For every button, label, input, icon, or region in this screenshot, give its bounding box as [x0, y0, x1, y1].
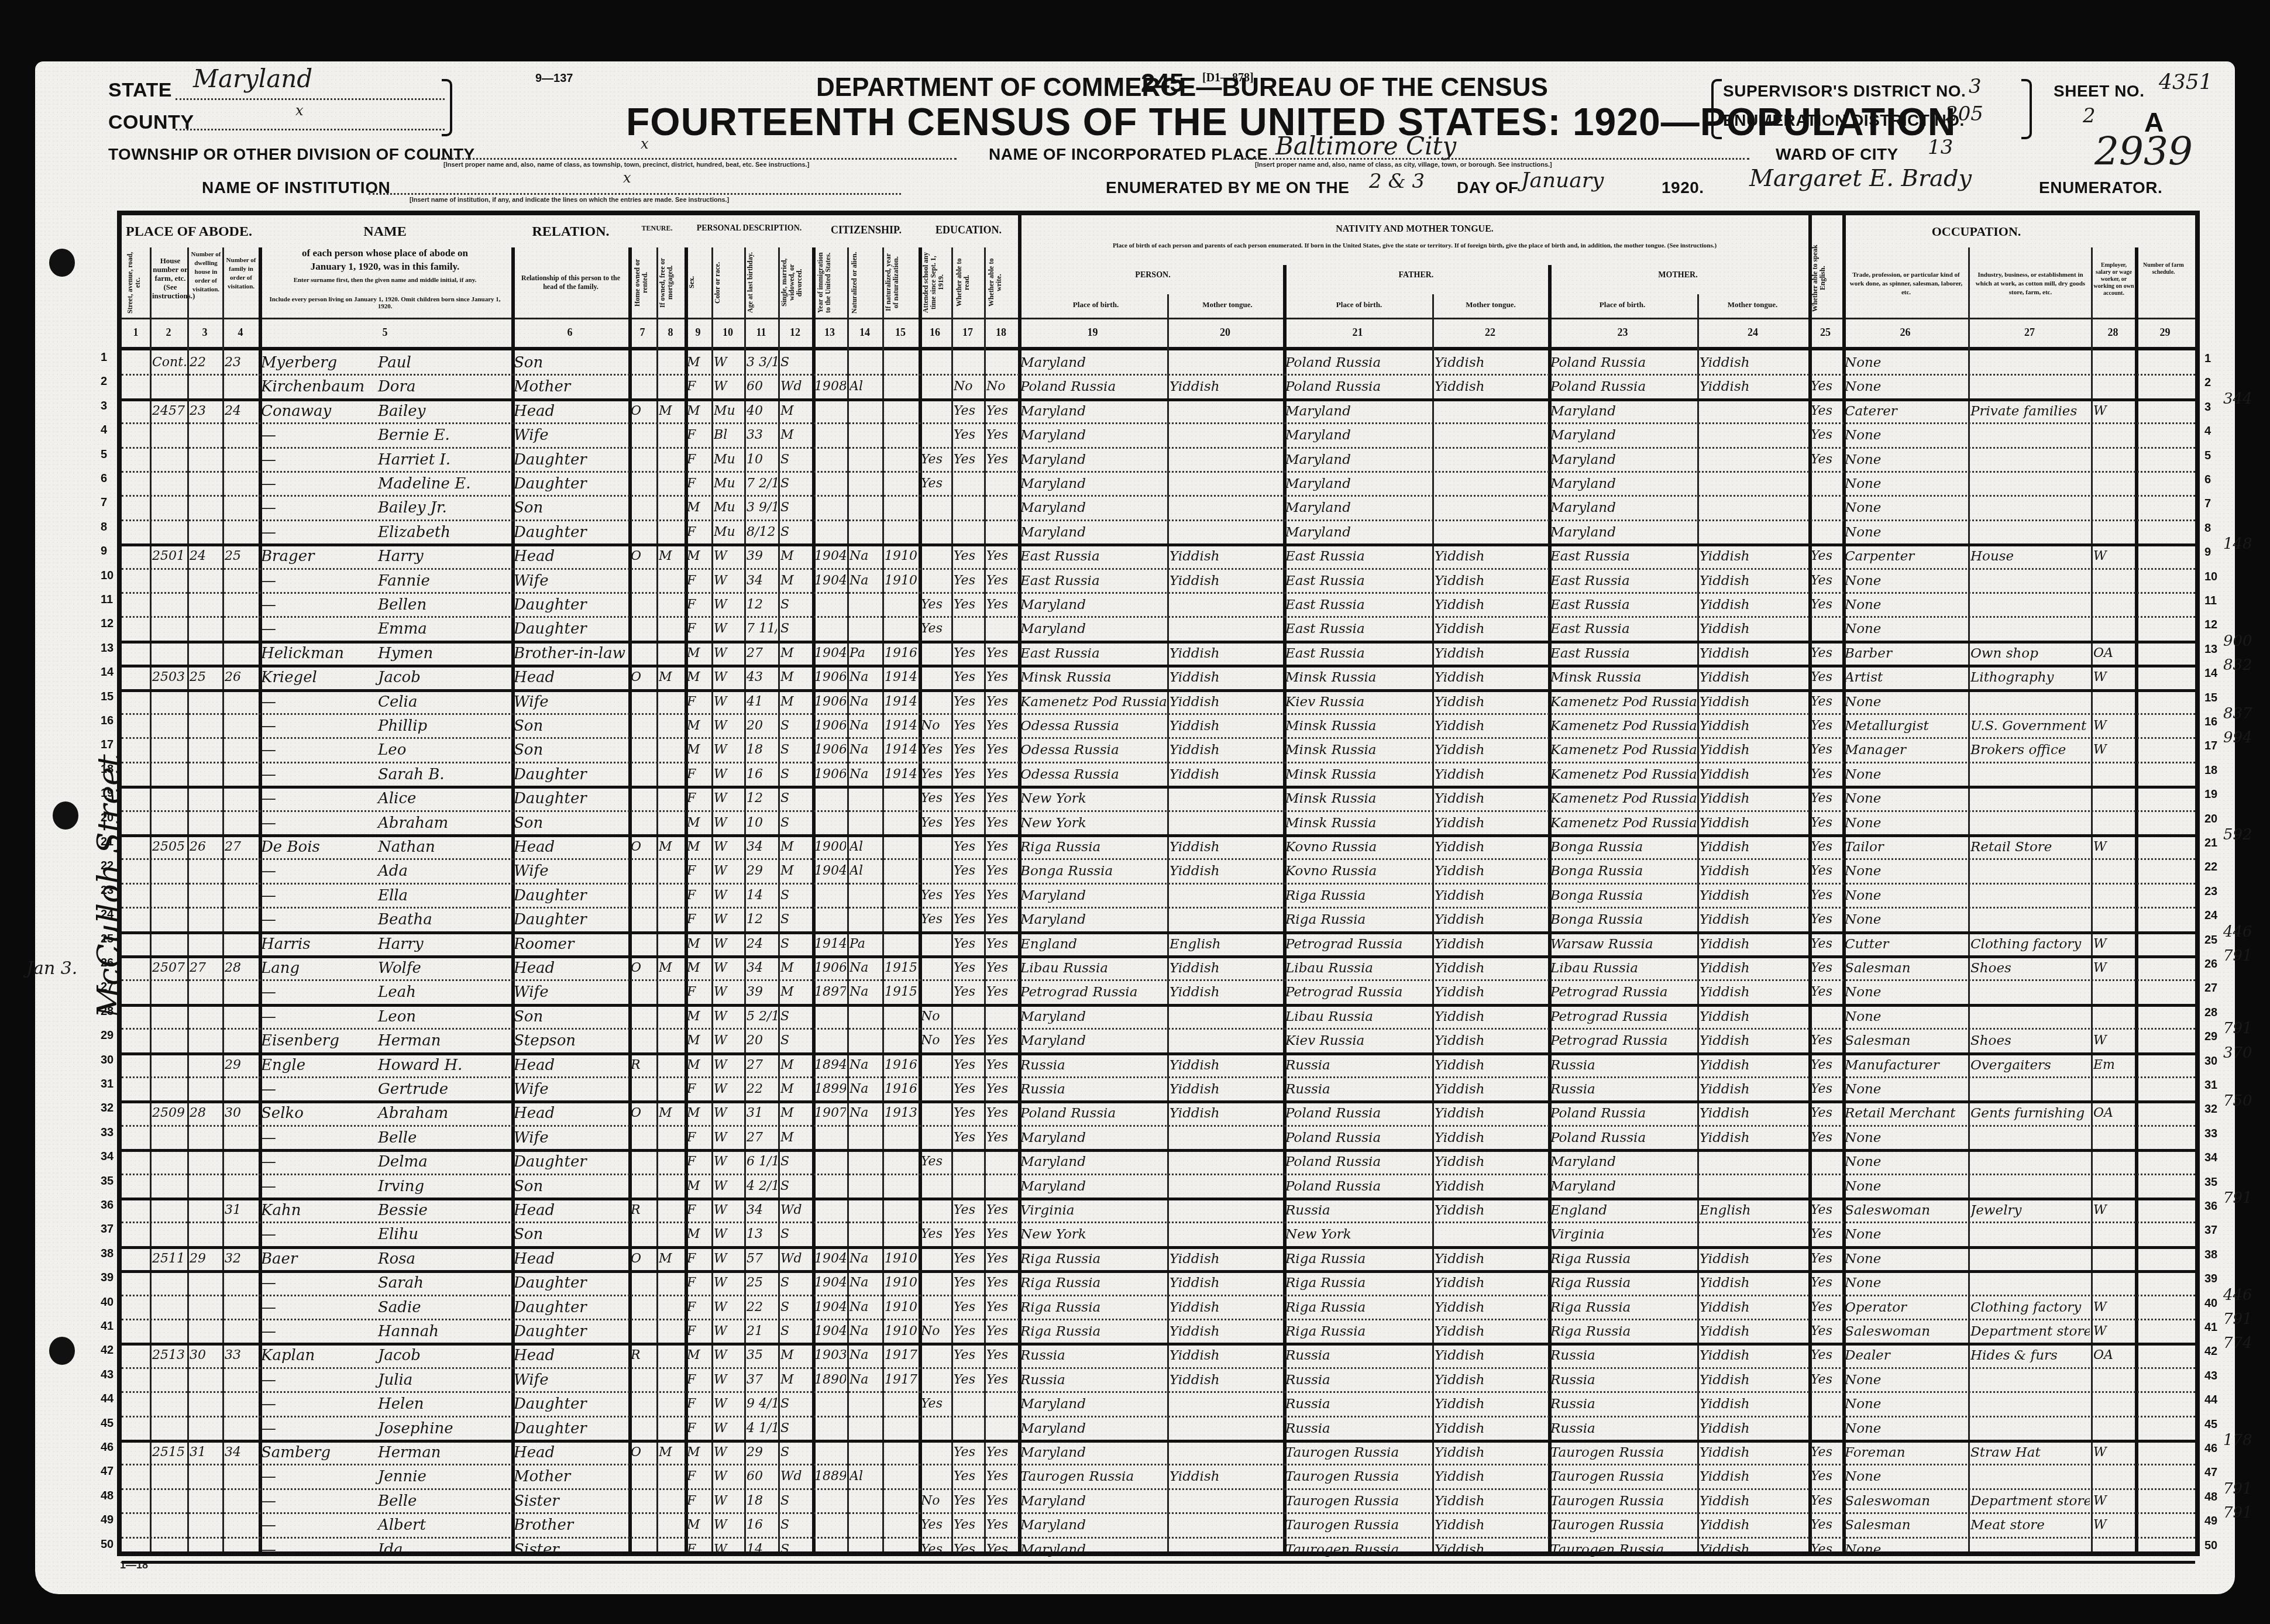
dw-cell: [190, 472, 221, 494]
fam-cell: 32: [225, 1247, 257, 1269]
sex-cell: M: [687, 1102, 710, 1124]
incorporated-value: Baltimore City: [1275, 132, 1456, 160]
line-number-right: 26: [2204, 958, 2217, 971]
dw-cell: 30: [190, 1344, 221, 1366]
occ-cell: Salesman: [1845, 1029, 1967, 1051]
mmt-cell: Yiddish: [1700, 1078, 1807, 1100]
farm-cell: [2137, 884, 2194, 906]
cls-cell: [2093, 1271, 2134, 1293]
wr-cell: Yes: [986, 1029, 1017, 1051]
mpob-cell: Russia: [1550, 1368, 1696, 1391]
fmt-cell: Yiddish: [1435, 375, 1547, 397]
natyr-cell: [885, 811, 917, 834]
natyr-cell: 1910: [885, 1296, 917, 1318]
ind-cell: [1970, 859, 2090, 882]
mt-cell: Yiddish: [1170, 956, 1282, 979]
line-number-right: 28: [2204, 1006, 2217, 1020]
fmt-cell: [1435, 521, 1547, 543]
fpob-cell: Maryland: [1285, 424, 1431, 446]
form-number: 9—137: [535, 72, 573, 85]
mpob-cell: Poland Russia: [1550, 1102, 1696, 1124]
own-cell: O: [631, 545, 655, 567]
col25-header: Whether able to speak English.: [1811, 242, 1841, 315]
rd-cell: Yes: [954, 1199, 983, 1221]
fmt-cell: Yiddish: [1435, 1102, 1547, 1124]
own-cell: [631, 1392, 655, 1415]
ms-cell: Wd: [780, 1465, 811, 1487]
line-number-left: 1: [101, 351, 107, 364]
rd-cell: Yes: [954, 690, 983, 713]
mt-cell: [1170, 1441, 1282, 1463]
column-number: 23: [1548, 326, 1697, 339]
ms-cell: S: [780, 593, 811, 615]
mt-cell: [1170, 1513, 1282, 1536]
dw-cell: 27: [190, 956, 221, 979]
sch-cell: Yes: [921, 448, 950, 470]
fpob-cell: Kovno Russia: [1285, 859, 1431, 882]
imm-cell: [814, 472, 846, 494]
mort-cell: [659, 1078, 683, 1100]
pob-cell: Maryland: [1020, 908, 1166, 930]
mt-cell: Yiddish: [1170, 545, 1282, 567]
farm-cell: [2137, 1005, 2194, 1027]
farm-cell: [2137, 811, 2194, 834]
line-number-right: 14: [2204, 667, 2217, 680]
mpob-cell: Maryland: [1550, 1175, 1696, 1197]
column-number: 18: [984, 326, 1018, 339]
line-number-right: 40: [2204, 1297, 2217, 1310]
given-name: Celia: [378, 693, 417, 711]
pob-cell: Maryland: [1020, 521, 1166, 543]
line-number-left: 2: [101, 375, 107, 388]
table-row: —Bernie E.WifeFBl33MYesYesMarylandMaryla…: [122, 422, 2195, 448]
ind-cell: [1970, 1465, 2090, 1487]
cls-cell: W: [2093, 714, 2134, 737]
occ-cell: None: [1845, 1150, 1967, 1172]
eng-cell: Yes: [1811, 1320, 1841, 1342]
name-cell: KirchenbaumDora: [261, 375, 510, 397]
nat-cell: Na: [849, 666, 881, 688]
table-row: —BelleSisterFW18SNoYesYesMarylandTauroge…: [122, 1488, 2195, 1514]
imm-cell: [814, 787, 846, 809]
fpob-cell: Poland Russia: [1285, 375, 1431, 397]
fmt-cell: Yiddish: [1435, 617, 1547, 639]
imm-cell: [814, 1029, 846, 1051]
own-cell: [631, 521, 655, 543]
line-number-right: 8: [2204, 522, 2211, 535]
wr-cell: Yes: [986, 1078, 1017, 1100]
rel-cell: Daughter: [514, 1320, 627, 1342]
fam-cell: [225, 1320, 257, 1342]
column-number: 20: [1167, 326, 1283, 339]
rd-cell: Yes: [954, 1247, 983, 1269]
fpob-cell: Riga Russia: [1285, 884, 1431, 906]
name-cell: —Belle: [261, 1126, 510, 1148]
wr-cell: Yes: [986, 690, 1017, 713]
sex-cell: F: [687, 424, 710, 446]
mort-cell: [659, 642, 683, 664]
occ-cell: None: [1845, 496, 1967, 518]
pob-cell: Maryland: [1020, 448, 1166, 470]
imm-cell: 1907: [814, 1102, 846, 1124]
fpob-cell: Russia: [1285, 1417, 1431, 1439]
mt-cell: [1170, 1392, 1282, 1415]
occ-cell: None: [1845, 1392, 1967, 1415]
eng-cell: Yes: [1811, 1344, 1841, 1366]
wr-cell: Yes: [986, 1538, 1017, 1560]
mt-cell: [1170, 351, 1282, 373]
imm-cell: 1906: [814, 690, 846, 713]
sheet-stamp: 4351: [2159, 70, 2213, 94]
surname: Kaplan: [261, 1344, 378, 1366]
state-value: Maryland: [193, 64, 312, 93]
rel-cell: Head: [514, 956, 627, 979]
nat-cell: Na: [849, 690, 881, 713]
mt-cell: [1170, 617, 1282, 639]
pob-cell: Maryland: [1020, 496, 1166, 518]
occ-cell: None: [1845, 908, 1967, 930]
col5-line3: Enter surname first, then the given name…: [268, 277, 502, 284]
wr-cell: Yes: [986, 1296, 1017, 1318]
given-name: Delma: [378, 1153, 428, 1171]
ind-cell: [1970, 351, 2090, 373]
ms-cell: S: [780, 811, 811, 834]
ind-cell: [1970, 1150, 2090, 1172]
eng-cell: Yes: [1811, 1465, 1841, 1487]
occ-cell: Salesman: [1845, 956, 1967, 979]
mpob-cell: Virginia: [1550, 1223, 1696, 1245]
fpob-cell: Taurogen Russia: [1285, 1465, 1431, 1487]
eng-cell: Yes: [1811, 1126, 1841, 1148]
mt-cell: [1170, 1150, 1282, 1172]
rel-cell: Head: [514, 666, 627, 688]
sex-cell: F: [687, 1417, 710, 1439]
fpob-cell: Russia: [1285, 1054, 1431, 1076]
cls-cell: W: [2093, 1029, 2134, 1051]
own-cell: [631, 1078, 655, 1100]
cls-cell: W: [2093, 1296, 2134, 1318]
fam-cell: [225, 1296, 257, 1318]
rel-cell: Daughter: [514, 787, 627, 809]
occ-cell: None: [1845, 593, 1967, 615]
dw-cell: [190, 1029, 221, 1051]
group-occupation: OCCUPATION.: [1848, 224, 2105, 239]
ind-cell: Jewelry: [1970, 1199, 2090, 1221]
ms-cell: S: [780, 1320, 811, 1342]
fmt-cell: Yiddish: [1435, 569, 1547, 591]
ind-cell: [1970, 424, 2090, 446]
nativity-note: Place of birth of each person and parent…: [1029, 242, 1801, 250]
sex-cell: M: [687, 714, 710, 737]
column-number: 11: [744, 326, 778, 339]
rd-cell: [954, 351, 983, 373]
sch-cell: [921, 521, 950, 543]
wr-cell: Yes: [986, 787, 1017, 809]
pob-cell: East Russia: [1020, 642, 1166, 664]
surname: Helickman: [261, 642, 378, 664]
pob-cell: Riga Russia: [1020, 1320, 1166, 1342]
house-cell: 2457: [152, 400, 186, 422]
age-cell: 12: [747, 787, 777, 809]
race-cell: Mu: [714, 448, 743, 470]
eng-cell: Yes: [1811, 1102, 1841, 1124]
fam-cell: [225, 1465, 257, 1487]
own-cell: [631, 980, 655, 1003]
pob-cell: Maryland: [1020, 1005, 1166, 1027]
line-number-right: 29: [2204, 1030, 2217, 1044]
own-cell: O: [631, 666, 655, 688]
own-cell: [631, 1320, 655, 1342]
pob-cell: Maryland: [1020, 1538, 1166, 1560]
mort-cell: [659, 1029, 683, 1051]
cls-cell: W: [2093, 545, 2134, 567]
fpob-cell: Poland Russia: [1285, 1102, 1431, 1124]
occ-cell: Retail Merchant: [1845, 1102, 1967, 1124]
surname: Baer: [261, 1247, 378, 1269]
rel-cell: Daughter: [514, 617, 627, 639]
race-cell: W: [714, 1247, 743, 1269]
name-cell: —Belle: [261, 1489, 510, 1512]
line-number-left: 24: [101, 908, 113, 921]
rd-cell: Yes: [954, 1054, 983, 1076]
natyr-cell: [885, 1465, 917, 1487]
fmt-cell: Yiddish: [1435, 956, 1547, 979]
occ-cell: Manufacturer: [1845, 1054, 1967, 1076]
house-cell: 2511: [152, 1247, 186, 1269]
age-cell: 5 2/12: [747, 1005, 777, 1027]
father-mt-header: Mother tongue.: [1435, 300, 1546, 309]
line-number-left: 41: [101, 1320, 113, 1333]
line-number-left: 13: [101, 642, 113, 655]
name-cell: —Hannah: [261, 1320, 510, 1342]
natyr-cell: [885, 1223, 917, 1245]
fmt-cell: Yiddish: [1435, 884, 1547, 906]
mmt-cell: [1700, 472, 1807, 494]
line-number-right: 1: [2204, 352, 2211, 366]
fam-cell: 28: [225, 956, 257, 979]
dw-cell: [190, 1271, 221, 1293]
occupation-code: 791: [2223, 1189, 2252, 1207]
rel-cell: Daughter: [514, 472, 627, 494]
rd-cell: Yes: [954, 1538, 983, 1560]
mpob-cell: Taurogen Russia: [1550, 1465, 1696, 1487]
farm-cell: [2137, 1465, 2194, 1487]
mort-cell: [659, 521, 683, 543]
age-cell: 7 11/12: [747, 617, 777, 639]
mt-cell: Yiddish: [1170, 1271, 1282, 1293]
nat-cell: Na: [849, 956, 881, 979]
mpob-cell: Maryland: [1550, 448, 1696, 470]
house-cell: 2505: [152, 835, 186, 858]
given-name: Wolfe: [378, 959, 421, 977]
farm-cell: [2137, 1538, 2194, 1560]
state-line: [176, 98, 445, 100]
occ-cell: None: [1845, 351, 1967, 373]
cls-cell: [2093, 1126, 2134, 1148]
rd-cell: Yes: [954, 666, 983, 688]
line-number-right: 11: [2204, 594, 2217, 608]
line-number-left: 8: [101, 521, 107, 534]
eng-cell: Yes: [1811, 787, 1841, 809]
age-cell: 12: [747, 908, 777, 930]
farm-cell: [2137, 1392, 2194, 1415]
line-number-right: 48: [2204, 1491, 2217, 1504]
dw-cell: [190, 1078, 221, 1100]
cls-cell: [2093, 1538, 2134, 1560]
rel-cell: Son: [514, 738, 627, 761]
father-header: FATHER.: [1286, 271, 1546, 280]
table-row: —BeathaDaughterFW12SYesYesYesMarylandRig…: [122, 907, 2195, 934]
mmt-cell: Yiddish: [1700, 1368, 1807, 1391]
occupation-code: 900: [2223, 632, 2252, 650]
own-cell: O: [631, 1102, 655, 1124]
ms-cell: S: [780, 763, 811, 785]
nat-cell: Pa: [849, 642, 881, 664]
eng-cell: Yes: [1811, 956, 1841, 979]
sch-cell: Yes: [921, 738, 950, 761]
natyr-cell: [885, 472, 917, 494]
dw-cell: 26: [190, 835, 221, 858]
mort-cell: [659, 933, 683, 955]
mt-cell: [1170, 400, 1282, 422]
occ-cell: None: [1845, 980, 1967, 1003]
fmt-cell: Yiddish: [1435, 1368, 1547, 1391]
fam-cell: [225, 859, 257, 882]
house-cell: 2503: [152, 666, 186, 688]
mpob-cell: Libau Russia: [1550, 956, 1696, 979]
imm-cell: 1906: [814, 956, 846, 979]
sch-cell: Yes: [921, 1392, 950, 1415]
name-cell: —Albert: [261, 1513, 510, 1536]
pob-cell: Odessa Russia: [1020, 714, 1166, 737]
imm-cell: [814, 617, 846, 639]
ind-cell: [1970, 1175, 2090, 1197]
house-cell: [152, 980, 186, 1003]
farm-cell: [2137, 1078, 2194, 1100]
name-cell: —Emma: [261, 617, 510, 639]
fam-cell: [225, 448, 257, 470]
eng-cell: Yes: [1811, 1247, 1841, 1269]
name-cell: —Bailey Jr.: [261, 496, 510, 518]
ind-cell: [1970, 1126, 2090, 1148]
nat-cell: [849, 448, 881, 470]
cls-cell: [2093, 1368, 2134, 1391]
fpob-cell: New York: [1285, 1223, 1431, 1245]
surname: —: [261, 1223, 378, 1245]
surname: Lang: [261, 956, 378, 979]
fmt-cell: Yiddish: [1435, 1392, 1547, 1415]
fmt-cell: Yiddish: [1435, 835, 1547, 858]
fam-cell: [225, 1223, 257, 1245]
surname: Conaway: [261, 400, 378, 422]
occ-cell: None: [1845, 1126, 1967, 1148]
line-number-left: 15: [101, 690, 113, 704]
age-cell: 14: [747, 1538, 777, 1560]
own-cell: [631, 1150, 655, 1172]
age-cell: 34: [747, 956, 777, 979]
fmt-cell: [1435, 400, 1547, 422]
column-number: 5: [259, 326, 511, 339]
wr-cell: Yes: [986, 835, 1017, 858]
own-cell: O: [631, 400, 655, 422]
dw-cell: [190, 1150, 221, 1172]
mort-cell: [659, 1392, 683, 1415]
fmt-cell: Yiddish: [1435, 1175, 1547, 1197]
mort-cell: [659, 472, 683, 494]
fam-cell: [225, 617, 257, 639]
given-name: Emma: [378, 620, 427, 638]
fmt-cell: Yiddish: [1435, 763, 1547, 785]
table-row: —EllaDaughterFW14SYesYesYesMarylandRiga …: [122, 883, 2195, 909]
mmt-cell: Yiddish: [1700, 980, 1807, 1003]
name-cell: De BoisNathan: [261, 835, 510, 858]
table-row: —AbrahamSonMW10SYesYesYesNew YorkMinsk R…: [122, 810, 2195, 837]
given-name: Hannah: [378, 1323, 439, 1340]
given-name: Elihu: [378, 1226, 418, 1243]
ms-cell: S: [780, 1417, 811, 1439]
eng-cell: Yes: [1811, 933, 1841, 955]
age-cell: 29: [747, 859, 777, 882]
sch-cell: [921, 933, 950, 955]
fpob-cell: Petrograd Russia: [1285, 980, 1431, 1003]
imm-cell: 1906: [814, 714, 846, 737]
age-cell: 22: [747, 1078, 777, 1100]
dw-cell: 23: [190, 400, 221, 422]
given-name: Ida: [378, 1541, 403, 1558]
wr-cell: Yes: [986, 1368, 1017, 1391]
sex-cell: M: [687, 1005, 710, 1027]
race-cell: W: [714, 787, 743, 809]
sch-cell: Yes: [921, 884, 950, 906]
mpob-cell: Taurogen Russia: [1550, 1441, 1696, 1463]
fpob-cell: Taurogen Russia: [1285, 1489, 1431, 1512]
fam-cell: [225, 884, 257, 906]
col4-header: Number of family in order of visitation.: [225, 256, 257, 291]
own-cell: R: [631, 1054, 655, 1076]
table-row: EisenbergHermanStepsonMW20SNoYesYesMaryl…: [122, 1028, 2195, 1055]
farm-cell: [2137, 569, 2194, 591]
sch-cell: Yes: [921, 1150, 950, 1172]
mt-cell: [1170, 1489, 1282, 1512]
occ-cell: None: [1845, 424, 1967, 446]
eng-cell: Yes: [1811, 1223, 1841, 1245]
age-cell: 4 2/12: [747, 1175, 777, 1197]
age-cell: 16: [747, 1513, 777, 1536]
pob-cell: Russia: [1020, 1368, 1166, 1391]
fmt-cell: Yiddish: [1435, 1005, 1547, 1027]
ms-cell: S: [780, 1296, 811, 1318]
pob-cell: Poland Russia: [1020, 1102, 1166, 1124]
name-cell: MyerbergPaul: [261, 351, 510, 373]
eng-cell: [1811, 1392, 1841, 1415]
imm-cell: 1894: [814, 1054, 846, 1076]
ward-stamp: 2939: [2094, 129, 2193, 174]
ind-cell: [1970, 763, 2090, 785]
institution-line: [369, 193, 901, 195]
mmt-cell: English: [1700, 1199, 1807, 1221]
mort-cell: M: [659, 835, 683, 858]
sex-cell: M: [687, 835, 710, 858]
wr-cell: [986, 1417, 1017, 1439]
dw-cell: [190, 569, 221, 591]
pob-cell: Maryland: [1020, 1417, 1166, 1439]
col29-header: Number of farm schedule.: [2137, 262, 2190, 276]
table-row: —AliceDaughterFW12SYesYesYesNew YorkMins…: [122, 786, 2195, 811]
own-cell: [631, 1223, 655, 1245]
nat-cell: [849, 1441, 881, 1463]
mt-cell: Yiddish: [1170, 1247, 1282, 1269]
sch-cell: Yes: [921, 763, 950, 785]
